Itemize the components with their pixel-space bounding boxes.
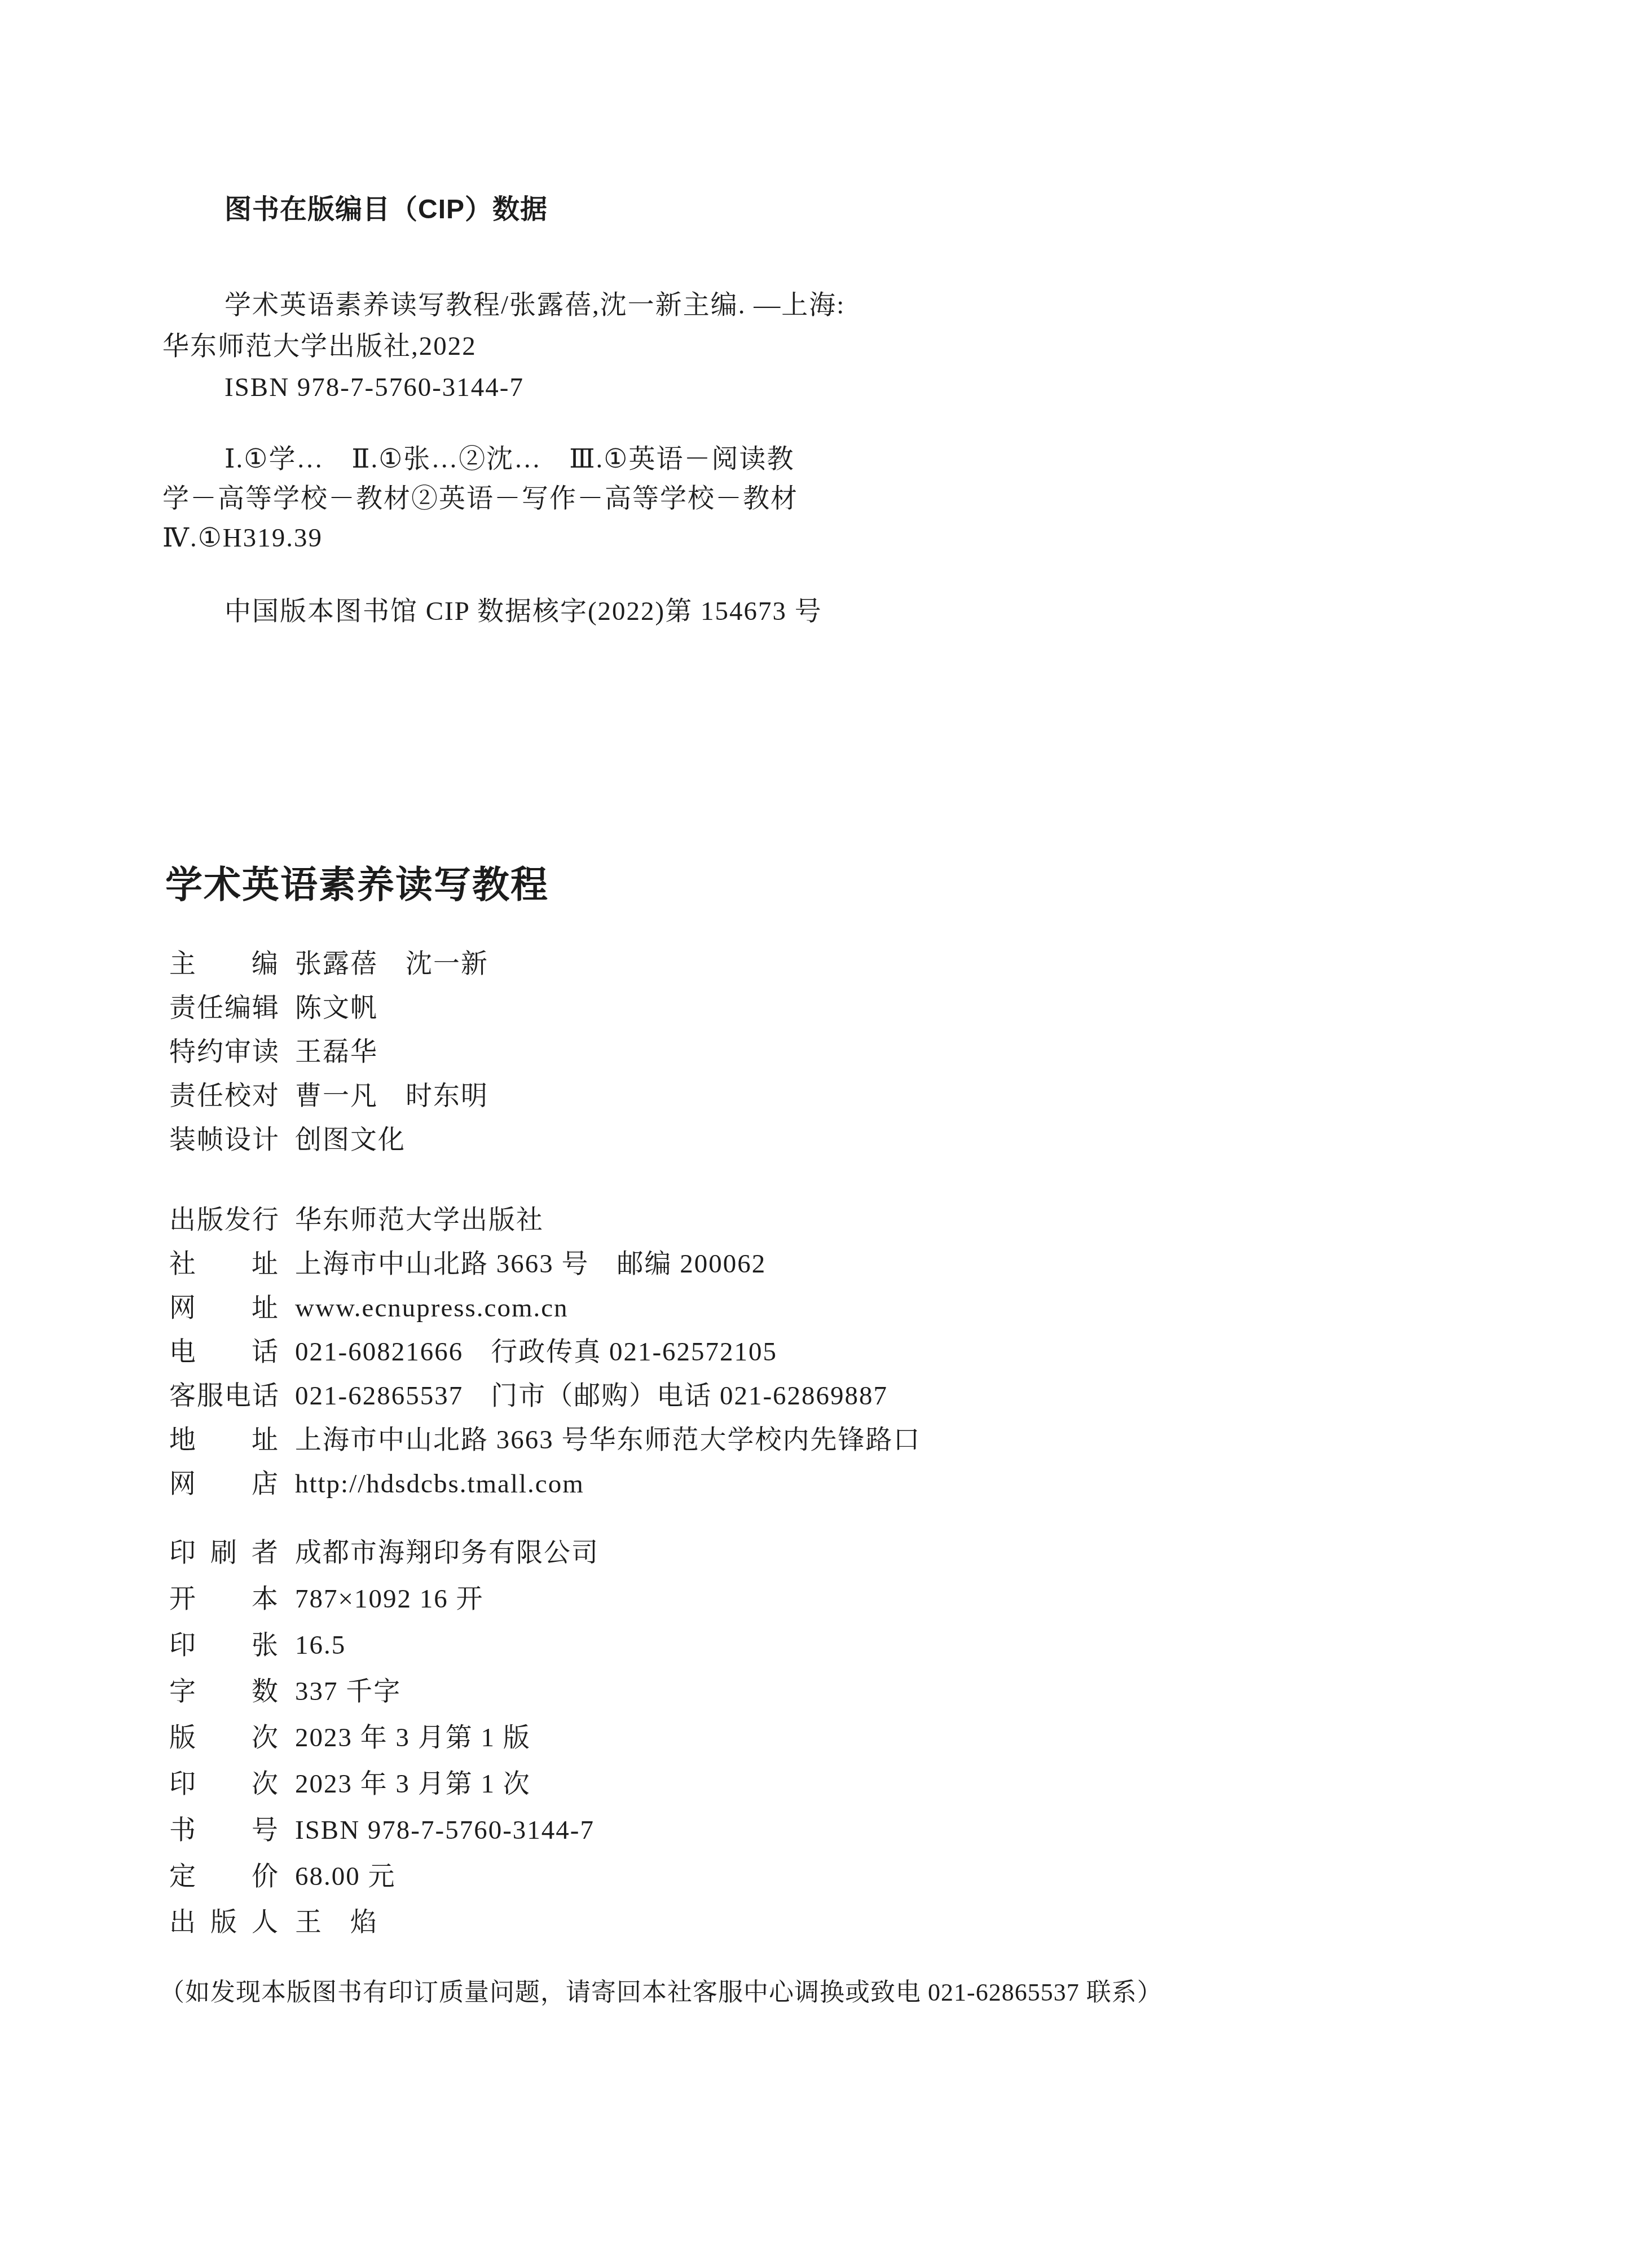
cip-header: 图书在版编目（CIP）数据 (224, 192, 548, 228)
publisher-value: www.ecnupress.com.cn (295, 1293, 569, 1323)
printing-row: 印次2023 年 3 月第 1 次 (169, 1761, 599, 1807)
publisher-value: http://hdsdcbs.tmall.com (295, 1469, 584, 1499)
publisher-person-value: 王 焰 (295, 1908, 378, 1937)
printing-label: 印刷者 (169, 1530, 279, 1576)
credit-row: 责任编辑陈文帆 (169, 986, 488, 1030)
publisher-label: 网址 (169, 1286, 279, 1330)
printing-label: 印次 (169, 1761, 279, 1807)
credit-label: 责任校对 (169, 1074, 279, 1118)
printing-label: 版次 (169, 1715, 279, 1761)
cip-classification-line3: Ⅳ.①H319.39 (162, 518, 1347, 558)
publisher-row: 地址上海市中山北路 3663 号华东师范大学校内先锋路口 (169, 1418, 921, 1462)
printing-label: 书号 (169, 1807, 279, 1853)
credit-value: 曹一凡 时东明 (295, 1081, 488, 1111)
publisher-label: 网店 (169, 1462, 279, 1506)
publisher-row: 网店http://hdsdcbs.tmall.com (169, 1462, 921, 1506)
printing-row: 开本787×1092 16 开 (169, 1576, 599, 1622)
publisher-row: 电话021-60821666 行政传真 021-62572105 (169, 1330, 921, 1374)
cip-classification: Ⅰ.①学… Ⅱ.①张…②沈… Ⅲ.①英语－阅读教 学－高等学校－教材②英语－写作… (162, 439, 1347, 558)
publisher-row: 社址上海市中山北路 3663 号 邮编 200062 (169, 1242, 921, 1286)
credit-row: 主编张露蓓 沈一新 (169, 942, 488, 986)
credit-row: 责任校对曹一凡 时东明 (169, 1074, 488, 1118)
printing-value: 16.5 (295, 1631, 346, 1660)
publisher-person-label: 出版人 (169, 1900, 279, 1944)
printing-value: 成都市海翔印务有限公司 (295, 1538, 599, 1567)
printing-value: 68.00 元 (295, 1862, 396, 1891)
printing-value: 337 千字 (295, 1677, 401, 1706)
publisher-label: 出版发行 (169, 1198, 279, 1242)
quality-service-note: （如发现本版图书有印订质量问题，请寄回本社客服中心调换或致电 021-62865… (160, 1975, 1163, 2010)
credit-label: 主编 (169, 942, 279, 986)
publisher-value: 上海市中山北路 3663 号 邮编 200062 (295, 1249, 766, 1279)
credit-label: 装帧设计 (169, 1118, 279, 1162)
printing-value: 787×1092 16 开 (295, 1584, 484, 1614)
book-title: 学术英语素养读写教程 (165, 862, 549, 909)
publisher-label: 电话 (169, 1330, 279, 1374)
credit-row: 装帧设计创图文化 (169, 1118, 488, 1162)
publisher-label: 客服电话 (169, 1374, 279, 1418)
printing-row: 印刷者成都市海翔印务有限公司 (169, 1530, 599, 1576)
printing-label: 字数 (169, 1668, 279, 1715)
credit-row: 特约审读王磊华 (169, 1030, 488, 1074)
publisher-info-list: 出版发行华东师范大学出版社 社址上海市中山北路 3663 号 邮编 200062… (169, 1198, 921, 1506)
credit-value: 创图文化 (295, 1125, 406, 1155)
publisher-row: 出版发行华东师范大学出版社 (169, 1198, 921, 1242)
copyright-page: 图书在版编目（CIP）数据 学术英语素养读写教程/张露蓓,沈一新主编. —上海:… (0, 0, 1629, 2268)
printing-label: 定价 (169, 1853, 279, 1900)
publisher-value: 华东师范大学出版社 (295, 1205, 544, 1235)
publisher-row: 网址www.ecnupress.com.cn (169, 1286, 921, 1330)
publisher-value: 上海市中山北路 3663 号华东师范大学校内先锋路口 (295, 1425, 921, 1455)
credit-value: 陈文帆 (295, 993, 378, 1023)
cip-classification-line2: 学－高等学校－教材②英语－写作－高等学校－教材 (162, 479, 1347, 518)
publisher-person: 出版人王 焰 (169, 1900, 378, 1944)
credit-value: 王磊华 (295, 1037, 378, 1067)
printing-value: ISBN 978-7-5760-3144-7 (295, 1816, 595, 1845)
publisher-person-row: 出版人王 焰 (169, 1900, 378, 1944)
cip-publisher-line: 华东师范大学出版社,2022 (162, 326, 1347, 367)
publisher-value: 021-60821666 行政传真 021-62572105 (295, 1337, 777, 1367)
publisher-label: 地址 (169, 1418, 279, 1462)
printing-row: 字数337 千字 (169, 1668, 599, 1715)
credit-label: 责任编辑 (169, 986, 279, 1030)
cip-classification-line1: Ⅰ.①学… Ⅱ.①张…②沈… Ⅲ.①英语－阅读教 (162, 439, 1347, 479)
cip-isbn-line: ISBN 978-7-5760-3144-7 (162, 367, 1347, 408)
cip-title-statement: 学术英语素养读写教程/张露蓓,沈一新主编. —上海: (162, 285, 1347, 326)
printing-row: 版次2023 年 3 月第 1 版 (169, 1715, 599, 1761)
credit-value: 张露蓓 沈一新 (295, 949, 488, 979)
credit-label: 特约审读 (169, 1030, 279, 1074)
cip-record-number: 中国版本图书馆 CIP 数据核字(2022)第 154673 号 (162, 592, 1347, 631)
printing-value: 2023 年 3 月第 1 版 (295, 1723, 531, 1752)
printing-label: 开本 (169, 1576, 279, 1622)
printing-row: 书号ISBN 978-7-5760-3144-7 (169, 1807, 599, 1853)
publisher-label: 社址 (169, 1242, 279, 1286)
cip-bibliographic-paragraph: 学术英语素养读写教程/张露蓓,沈一新主编. —上海: 华东师范大学出版社,202… (162, 285, 1347, 408)
printing-value: 2023 年 3 月第 1 次 (295, 1769, 531, 1799)
publisher-value: 021-62865537 门市（邮购）电话 021-62869887 (295, 1381, 888, 1411)
printing-info-list: 印刷者成都市海翔印务有限公司 开本787×1092 16 开 印张16.5 字数… (169, 1530, 599, 1900)
publisher-row: 客服电话021-62865537 门市（邮购）电话 021-62869887 (169, 1374, 921, 1418)
credits-list: 主编张露蓓 沈一新 责任编辑陈文帆 特约审读王磊华 责任校对曹一凡 时东明 装帧… (169, 942, 488, 1162)
printing-row: 印张16.5 (169, 1622, 599, 1668)
printing-row: 定价68.00 元 (169, 1853, 599, 1900)
printing-label: 印张 (169, 1622, 279, 1668)
